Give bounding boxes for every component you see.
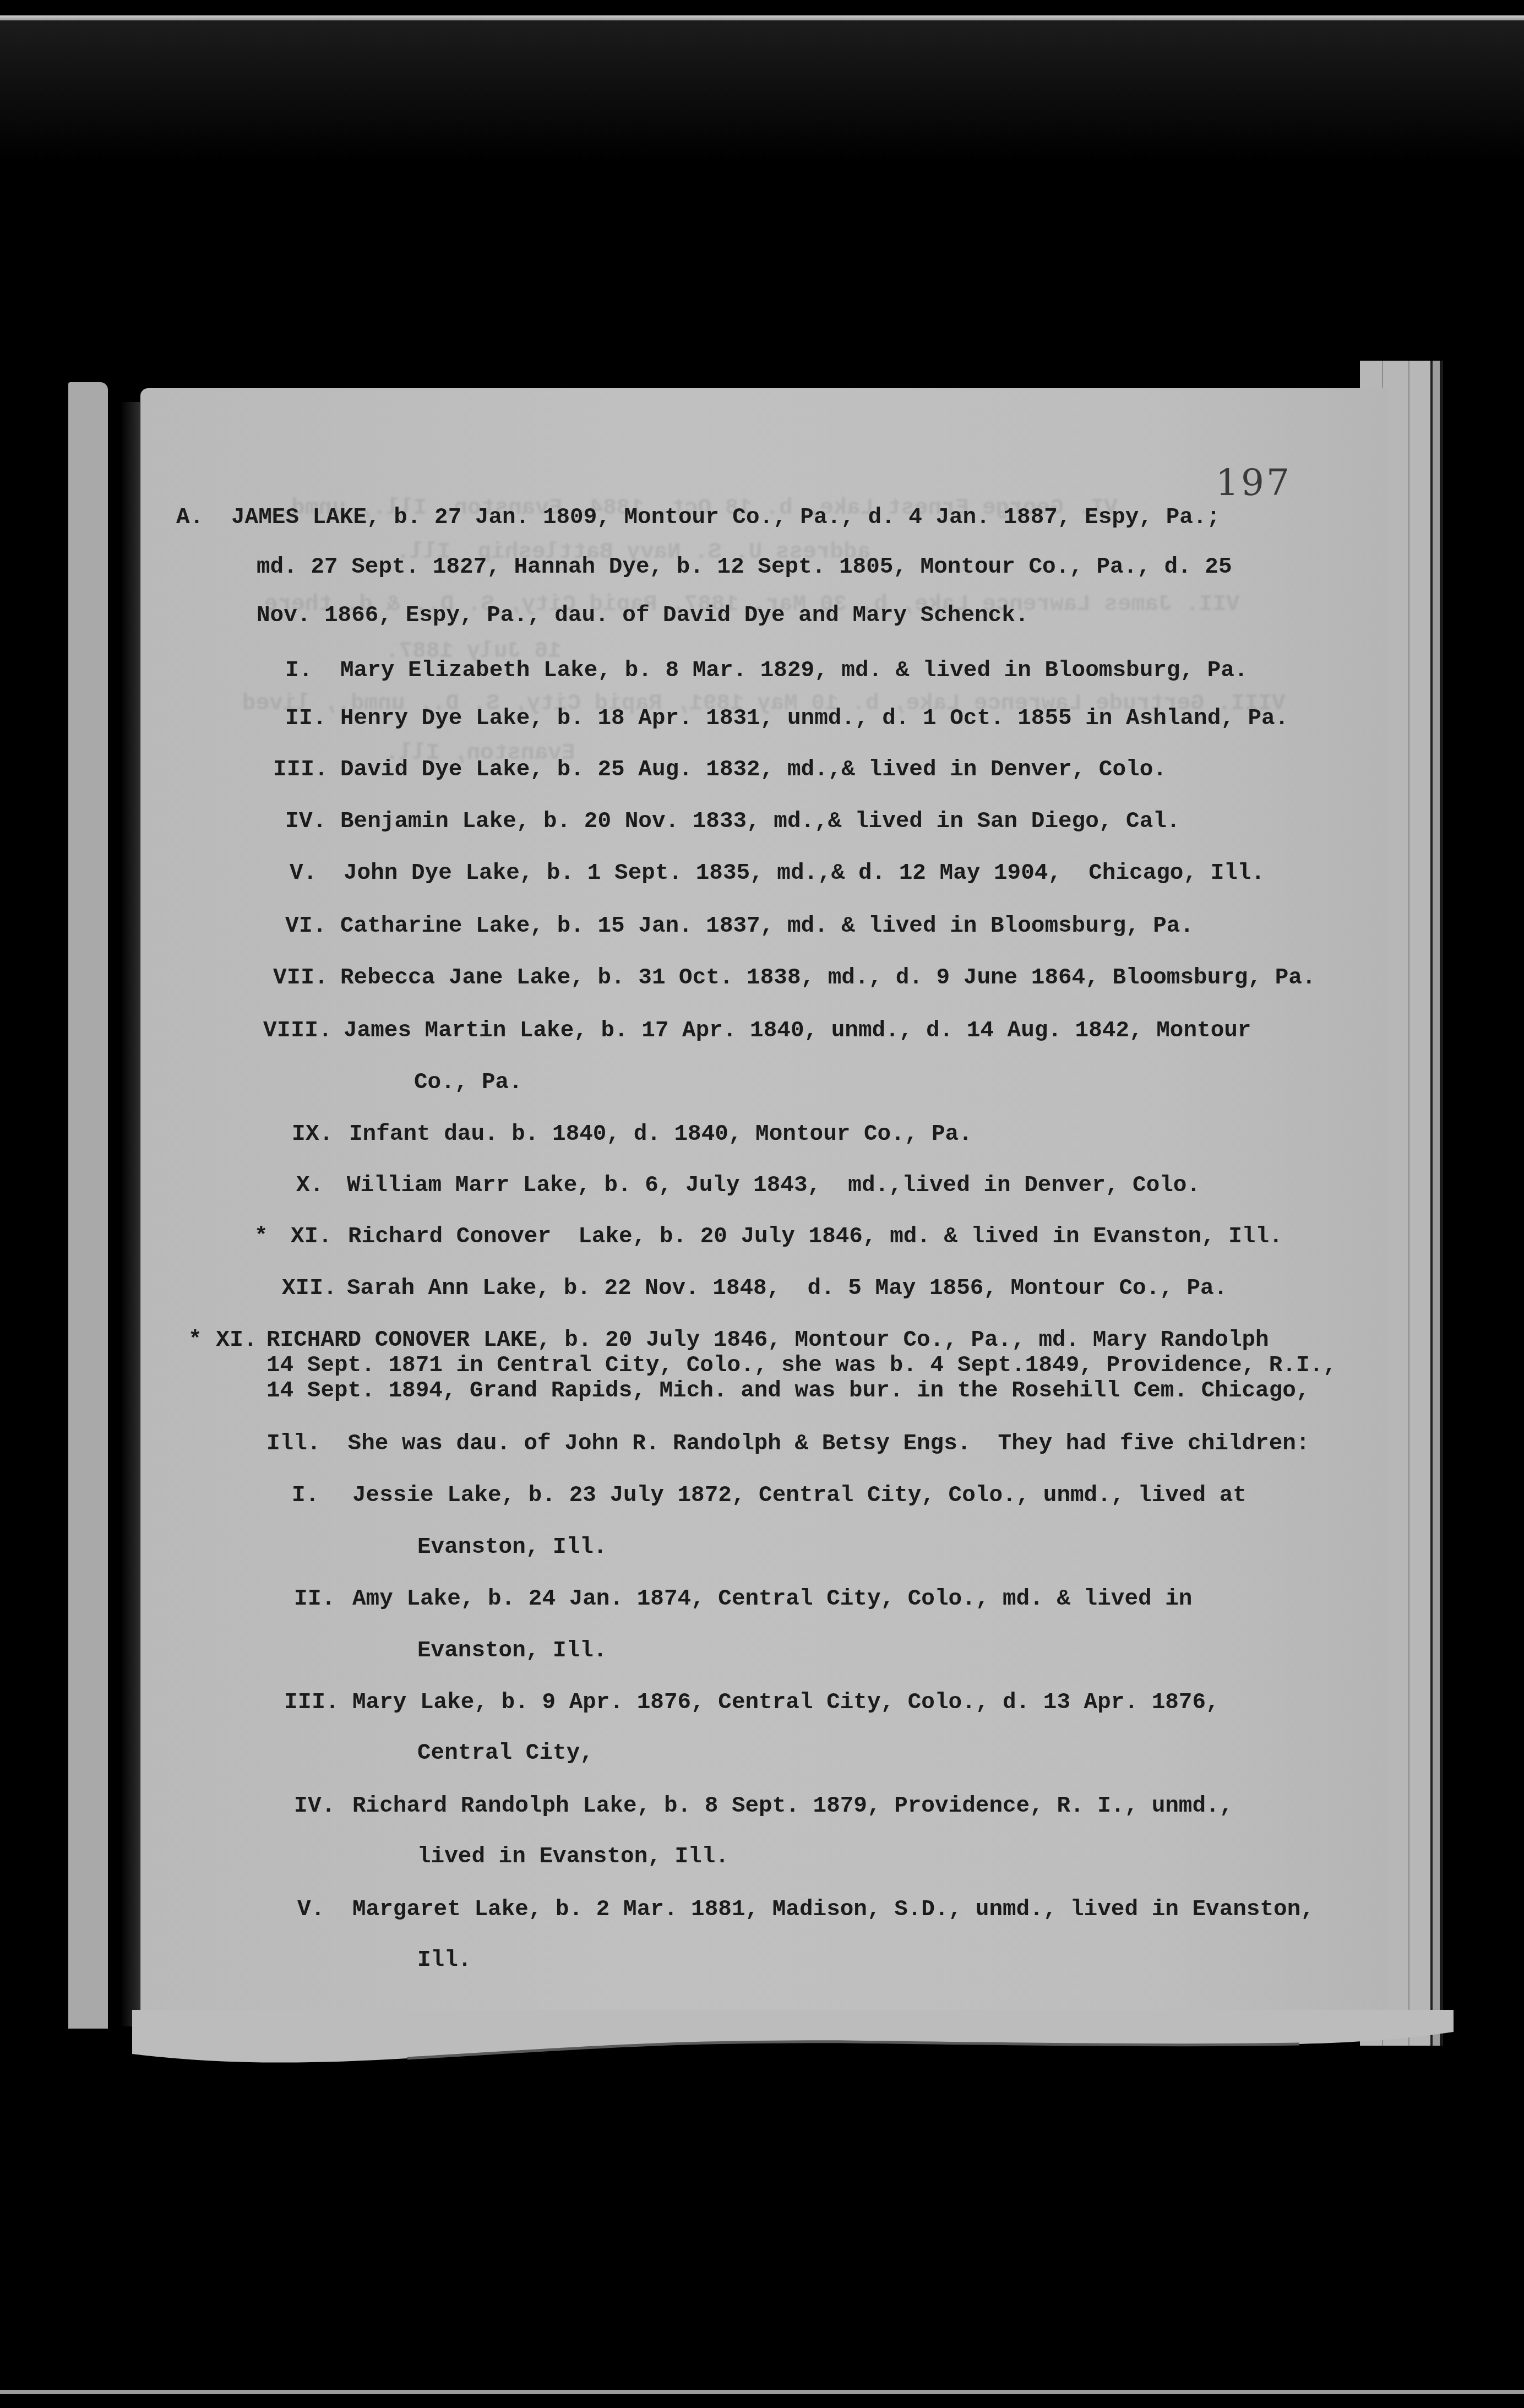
page-edge-line — [1430, 361, 1433, 2046]
child-entry: Jessie Lake, b. 23 July 1872, Central Ci… — [352, 1485, 1247, 1507]
child-numeral: II. — [294, 1588, 335, 1611]
child-entry: Richard Randolph Lake, b. 8 Sept. 1879, … — [352, 1795, 1233, 1818]
child-numeral: I. — [292, 1485, 319, 1507]
child-entry: Rebecca Jane Lake, b. 31 Oct. 1838, md.,… — [340, 967, 1316, 990]
film-scan-band — [0, 20, 1524, 164]
section-line: Ill. She was dau. of John R. Randolph & … — [266, 1433, 1310, 1455]
child-entry-continuation: Central City, — [417, 1742, 594, 1765]
child-entry: Sarah Ann Lake, b. 22 Nov. 1848, d. 5 Ma… — [347, 1278, 1227, 1300]
child-entry-continuation: Evanston, Ill. — [417, 1640, 607, 1662]
child-entry: William Marr Lake, b. 6, July 1843, md.,… — [347, 1175, 1200, 1197]
child-numeral: VII. — [273, 967, 328, 990]
page-number: 197 — [1216, 461, 1292, 504]
child-numeral: V. — [297, 1899, 325, 1921]
entry-marker: A. — [176, 507, 204, 529]
child-entry: Richard Conover Lake, b. 20 July 1846, m… — [348, 1226, 1283, 1248]
child-entry: Henry Dye Lake, b. 18 Apr. 1831, unmd., … — [340, 708, 1288, 730]
child-entry: Catharine Lake, b. 15 Jan. 1837, md. & l… — [340, 915, 1194, 938]
child-entry: James Martin Lake, b. 17 Apr. 1840, unmd… — [344, 1020, 1251, 1042]
child-entry: John Dye Lake, b. 1 Sept. 1835, md.,& d.… — [344, 862, 1265, 885]
header-line: JAMES LAKE, b. 27 Jan. 1809, Montour Co.… — [231, 507, 1220, 529]
gutter-shadow — [120, 402, 140, 2026]
section-line: RICHARD CONOVER LAKE, b. 20 July 1846, M… — [266, 1329, 1269, 1352]
child-numeral: IX. — [292, 1123, 333, 1146]
section-line: 14 Sept. 1871 in Central City, Colo., sh… — [266, 1355, 1337, 1377]
child-numeral: I. — [285, 660, 313, 682]
child-entry-continuation: Co., Pa. — [414, 1072, 522, 1094]
child-entry: Margaret Lake, b. 2 Mar. 1881, Madison, … — [352, 1899, 1314, 1921]
page-bottom-edge — [132, 2010, 1454, 2070]
section-line: 14 Sept. 1894, Grand Rapids, Mich. and w… — [266, 1380, 1310, 1403]
child-numeral: X. — [296, 1175, 324, 1197]
child-numeral: XII. — [282, 1278, 337, 1300]
page-edge-line — [1408, 361, 1409, 2046]
child-numeral: III. — [284, 1692, 339, 1714]
child-entry: Mary Elizabeth Lake, b. 8 Mar. 1829, md.… — [340, 660, 1248, 682]
document-page — [140, 388, 1387, 2035]
film-edge-top — [0, 15, 1524, 20]
child-entry-continuation: lived in Evanston, Ill. — [417, 1846, 729, 1868]
header-line: Nov. 1866, Espy, Pa., dau. of David Dye … — [257, 605, 1028, 627]
child-numeral: V. — [290, 862, 317, 885]
section-marker: * XI. — [188, 1329, 258, 1352]
child-numeral: IV. — [294, 1795, 335, 1818]
child-entry: Benjamin Lake, b. 20 Nov. 1833, md.,& li… — [340, 811, 1180, 833]
child-numeral: IV. — [285, 811, 326, 833]
asterisk-marker: * — [254, 1226, 268, 1248]
child-numeral: VI. — [285, 915, 326, 938]
child-numeral: III. — [273, 759, 328, 781]
child-numeral: II. — [285, 708, 326, 730]
child-numeral: VIII. — [263, 1020, 333, 1042]
child-entry: Amy Lake, b. 24 Jan. 1874, Central City,… — [352, 1588, 1192, 1611]
child-entry-continuation: Evanston, Ill. — [417, 1536, 607, 1559]
child-entry: Infant dau. b. 1840, d. 1840, Montour Co… — [349, 1123, 972, 1146]
adjacent-page-edge — [68, 382, 108, 2029]
child-entry: Mary Lake, b. 9 Apr. 1876, Central City,… — [352, 1692, 1220, 1714]
film-edge-bottom — [0, 2390, 1524, 2394]
child-entry-continuation: Ill. — [417, 1949, 471, 1972]
header-line: md. 27 Sept. 1827, Hannah Dye, b. 12 Sep… — [257, 556, 1232, 579]
child-numeral: XI. — [291, 1226, 332, 1248]
child-entry: David Dye Lake, b. 25 Aug. 1832, md.,& l… — [340, 759, 1167, 781]
